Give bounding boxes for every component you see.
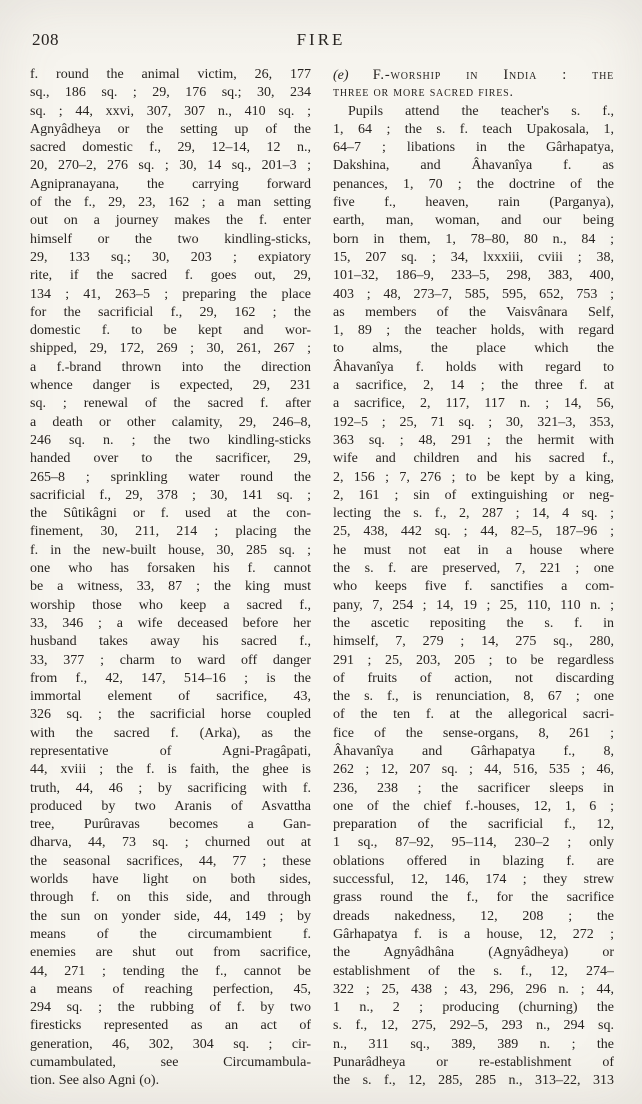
text-line: Dakshina, and Âhavanîya f. as <box>333 157 614 175</box>
text-line: the s. f., is renunciation, 8, 67 ; one <box>333 688 614 706</box>
text-line: husband takes away his sacred f., <box>30 633 311 651</box>
text-line: one of the chief f.-houses, 12, 1, 6 ; <box>333 798 614 816</box>
text-line: tion. See also Agni (o). <box>30 1072 311 1090</box>
text-line: one who has forsaken his f. cannot <box>30 560 311 578</box>
section-marker: (e) <box>333 68 349 83</box>
text-line: immortal element of sacrifice, 43, <box>30 688 311 706</box>
text-line: oblations offered in blazing f. are <box>333 853 614 871</box>
text-line: enemies are shut out from sacrifice, <box>30 944 311 962</box>
text-line: the Agnyâdhâna (Agnyâdheya) or <box>333 944 614 962</box>
text-line: a sacrifice, 2, 117, 117 n. ; 14, 56, <box>333 395 614 413</box>
text-line: 262 ; 12, 207 sq. ; 44, 516, 535 ; 46, <box>333 761 614 779</box>
text-line: grass round the f., for the sacrifice <box>333 889 614 907</box>
text-line: 1, 64 ; the s. f. teach Upakosala, 1, <box>333 121 614 139</box>
text-line: penances, 1, 70 ; the doctrine of the <box>333 176 614 194</box>
text-line: Agnyâdheya or the setting up of the <box>30 121 311 139</box>
text-line: through f. on this side, and through <box>30 889 311 907</box>
text-line: truth, 44, 46 ; by sacrificing with f. <box>30 780 311 798</box>
text-line: 291 ; 25, 203, 205 ; to be regardless <box>333 652 614 670</box>
text-line: establishment of the s. f., 12, 274– <box>333 963 614 981</box>
text-line: 246 sq. n. ; the two kindling-sticks <box>30 432 311 450</box>
section-heading-text: F.-worship in India : the <box>373 67 614 83</box>
text-line: who keeps five f. sanctifies a com- <box>333 578 614 596</box>
text-line: as members of the Vaisvânara Self, <box>333 304 614 322</box>
text-line: sacred domestic f., 29, 12–14, 12 n., <box>30 139 311 157</box>
text-line: 363 sq. ; 48, 291 ; the hermit with <box>333 432 614 450</box>
text-line: 33, 346 ; a wife deceased before her <box>30 615 311 633</box>
text-line: the sun on yonder side, 44, 149 ; by <box>30 908 311 926</box>
text-line: Punarâdheya or re-establishment of <box>333 1054 614 1072</box>
text-line: 20, 270–2, 276 sq. ; 30, 14 sq., 201–3 ; <box>30 157 311 175</box>
text-line: for the sacrificial f., 29, 162 ; the <box>30 304 311 322</box>
text-line: generation, 46, 302, 304 sq. ; cir- <box>30 1036 311 1054</box>
text-line: from f., 42, 147, 514–16 ; is the <box>30 670 311 688</box>
text-line: fice of the sense-organs, 8, 261 ; <box>333 725 614 743</box>
text-line: 2, 161 ; sin of extinguishing or neg- <box>333 487 614 505</box>
right-text-column: (e) F.-worship in India : the three or m… <box>333 66 614 1091</box>
text-line: wife and children and his sacred f., <box>333 450 614 468</box>
text-line: dharva, 44, 73 sq. ; churned out at <box>30 834 311 852</box>
text-line: 265–8 ; sprinkling water round the <box>30 469 311 487</box>
text-line: a means of reaching perfection, 45, <box>30 981 311 999</box>
text-line: tree, Purûravas becomes a Gan- <box>30 816 311 834</box>
text-line: be a witness, 33, 87 ; the king must <box>30 578 311 596</box>
text-line: produced by two Aranis of Asvattha <box>30 798 311 816</box>
text-line: to alms, the place which the <box>333 340 614 358</box>
text-line: sacrificial f., 29, 378 ; 30, 141 sq. ; <box>30 487 311 505</box>
text-line: Gârhapatya f. is a house, 12, 272 ; <box>333 926 614 944</box>
text-line: a f.-brand thrown into the direction <box>30 359 311 377</box>
text-line: of the f., 29, 23, 162 ; a man setting <box>30 194 311 212</box>
text-line: 64–7 ; libations in the Gârhapatya, <box>333 139 614 157</box>
text-line: five f., heaven, rain (Parganya), <box>333 194 614 212</box>
text-line: Pupils attend the teacher's s. f., <box>333 103 614 121</box>
text-line: a sacrifice, 2, 14 ; the three f. at <box>333 377 614 395</box>
text-line: with the sacred f. (Arka), as the <box>30 725 311 743</box>
text-line: born in them, 1, 78–80, 80 n., 84 ; <box>333 231 614 249</box>
text-line: 1 sq., 87–92, 95–114, 230–2 ; only <box>333 834 614 852</box>
text-line: whence danger is expected, 29, 231 <box>30 377 311 395</box>
section-heading-line-1: (e) F.-worship in India : the <box>333 66 614 84</box>
text-line: 2, 156 ; 7, 276 ; to be kept by a king, <box>333 469 614 487</box>
text-line: dreads nakedness, 12, 208 ; the <box>333 908 614 926</box>
text-line: s. f., 12, 275, 292–5, 293 n., 294 sq. <box>333 1017 614 1035</box>
text-line: earth, man, woman, and our being <box>333 212 614 230</box>
text-line: the Sûtikâgni or f. used at the con- <box>30 505 311 523</box>
book-page: 208 FIRE f. round the animal victim, 26,… <box>0 0 642 1104</box>
text-line: 101–32, 186–9, 233–5, 298, 383, 400, <box>333 267 614 285</box>
text-line: rite, if the sacred f. goes out, 29, <box>30 267 311 285</box>
text-line: 322 ; 25, 438 ; 43, 296, 296 n. ; 44, <box>333 981 614 999</box>
left-text-column: f. round the animal victim, 26, 177sq., … <box>30 66 311 1091</box>
text-line: firesticks represented as an act of <box>30 1017 311 1035</box>
page-title: FIRE <box>30 30 612 50</box>
text-line: 1 n., 2 ; producing (churning) the <box>333 999 614 1017</box>
text-line: 326 sq. ; the sacrificial horse coupled <box>30 706 311 724</box>
text-line: he must not eat in a house where <box>333 542 614 560</box>
text-line: out on a journey makes the f. enter <box>30 212 311 230</box>
text-line: 236, 238 ; the sacrificer sleeps in <box>333 780 614 798</box>
text-line: the s. f., 12, 285, 285 n., 313–22, 313 <box>333 1072 614 1090</box>
text-line: domestic f. to be kept and wor- <box>30 322 311 340</box>
text-line: finement, 30, 211, 214 ; placing the <box>30 523 311 541</box>
text-line: 44, xviii ; the f. is faith, the ghee is <box>30 761 311 779</box>
text-line: 192–5 ; 25, 71 sq. ; 30, 321–3, 353, <box>333 414 614 432</box>
text-line: shipped, 29, 172, 269 ; 30, 261, 267 ; <box>30 340 311 358</box>
text-line: cumambulated, see Circumambula- <box>30 1054 311 1072</box>
text-line: 1, 89 ; the teacher holds, with regard <box>333 322 614 340</box>
text-line: preparation of the sacrificial f., 12, <box>333 816 614 834</box>
text-line: representative of Agni-Pragâpati, <box>30 743 311 761</box>
text-line: the ascetic repositing the s. f. in <box>333 615 614 633</box>
text-line: n., 311 sq., 389, 389 n. ; the <box>333 1036 614 1054</box>
page-header: 208 FIRE <box>30 30 612 54</box>
text-line: Âhavanîya f. holds with regard to <box>333 359 614 377</box>
text-line: a death or other calamity, 29, 246–8, <box>30 414 311 432</box>
text-line: f. in the new-built house, 30, 285 sq. ; <box>30 542 311 560</box>
text-line: sq., 186 sq. ; 29, 176 sq.; 30, 234 <box>30 84 311 102</box>
text-line: means of the circumambient f. <box>30 926 311 944</box>
text-line: handed over to the sacrificer, 29, <box>30 450 311 468</box>
text-line: 29, 133 sq.; 30, 203 ; expiatory <box>30 249 311 267</box>
section-heading-line-2: three or more sacred fires. <box>333 84 614 102</box>
text-line: himself or the two kindling-sticks, <box>30 231 311 249</box>
text-line: the s. f. are preserved, 7, 221 ; one <box>333 560 614 578</box>
text-line: of the ten f. at the allegorical sacri- <box>333 706 614 724</box>
text-line: Agnipranayana, the carrying forward <box>30 176 311 194</box>
text-line: worlds have light on both sides, <box>30 871 311 889</box>
text-line: 44, 271 ; tending the f., cannot be <box>30 963 311 981</box>
text-line: 403 ; 48, 273–7, 585, 595, 652, 753 ; <box>333 286 614 304</box>
text-line: 15, 207 sq. ; 34, lxxxiii, cviii ; 38, <box>333 249 614 267</box>
text-line: successful, 12, 146, 174 ; they strew <box>333 871 614 889</box>
text-line: himself, 7, 279 ; 14, 275 sq., 280, <box>333 633 614 651</box>
section-body: Pupils attend the teacher's s. f.,1, 64 … <box>333 103 614 1091</box>
text-line: the seasonal sacrifices, 44, 77 ; these <box>30 853 311 871</box>
text-line: worship those who keep a sacred f., <box>30 597 311 615</box>
text-line: 134 ; 41, 263–5 ; preparing the place <box>30 286 311 304</box>
text-line: pany, 7, 254 ; 14, 19 ; 25, 110, 110 n. … <box>333 597 614 615</box>
text-line: lecting the s. f., 2, 287 ; 14, 4 sq. ; <box>333 505 614 523</box>
text-line: Âhavanîya and Gârhapatya f., 8, <box>333 743 614 761</box>
text-line: sq. ; 44, xxvi, 307, 307 n., 410 sq. ; <box>30 103 311 121</box>
text-line: 294 sq. ; the rubbing of f. by two <box>30 999 311 1017</box>
text-line: sq. ; renewal of the sacred f. after <box>30 395 311 413</box>
text-line: 25, 438, 442 sq. ; 44, 82–5, 187–96 ; <box>333 523 614 541</box>
text-line: of fruits of action, not discarding <box>333 670 614 688</box>
text-line: 33, 377 ; charm to ward off danger <box>30 652 311 670</box>
text-line: f. round the animal victim, 26, 177 <box>30 66 311 84</box>
